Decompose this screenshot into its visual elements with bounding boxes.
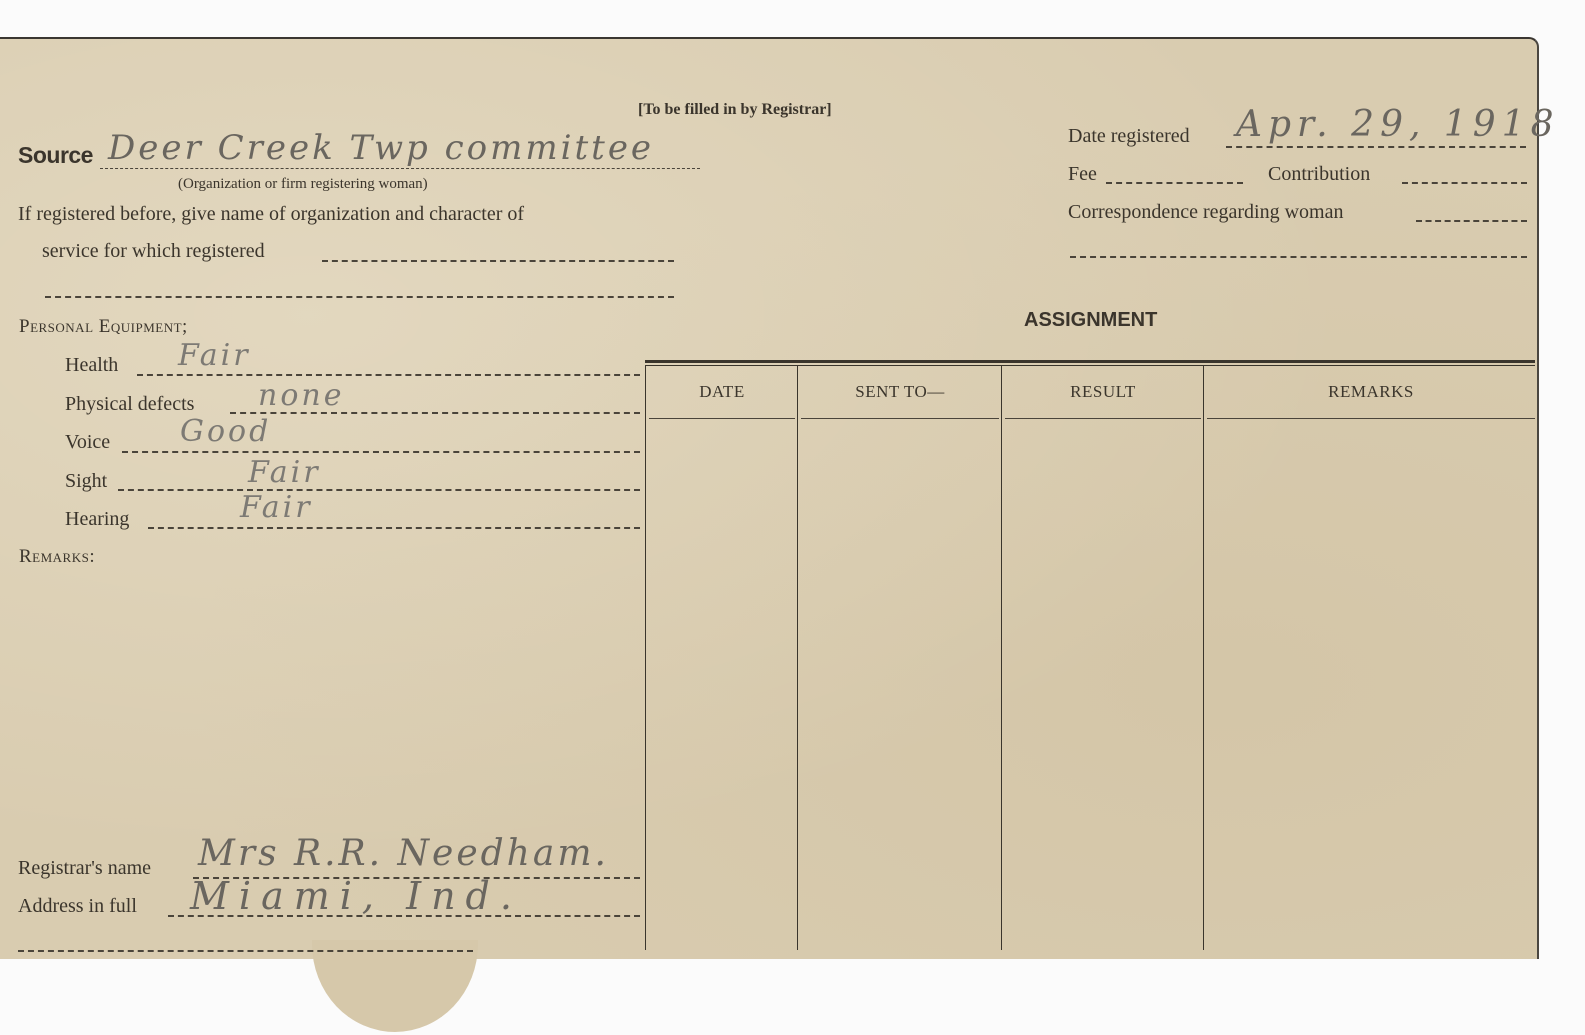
column-header-result: RESULT [1005,366,1201,419]
hearing-value[interactable]: Fair [240,490,313,525]
correspondence-field-2[interactable] [1070,256,1527,258]
contribution-field[interactable] [1402,182,1527,184]
remarks-label: Remarks: [19,546,95,568]
date-registered-value[interactable]: Apr. 29, 1918 [1236,104,1560,145]
sight-label: Sight [65,470,107,493]
result-column-cell[interactable] [1005,420,1201,950]
date-registered-label: Date registered [1068,125,1190,148]
remarks-area[interactable] [19,575,629,825]
personal-equipment-heading: Personal Equipment; [19,316,188,338]
sent-to-column-cell[interactable] [801,420,999,950]
health-line [137,374,640,376]
column-header-date: DATE [649,366,795,419]
fee-label: Fee [1068,163,1097,186]
date-column-cell[interactable] [649,420,795,950]
source-label: Source [18,142,93,169]
health-value[interactable]: Fair [178,338,251,373]
registrar-name-value[interactable]: Mrs R.R. Needham. [198,833,609,874]
sight-value[interactable]: Fair [248,455,321,490]
column-header-remarks: REMARKS [1207,366,1535,419]
previous-registration-field-2[interactable] [45,296,674,298]
column-divider [1203,366,1204,950]
physical-defects-label: Physical defects [65,393,194,416]
previous-registration-field[interactable] [322,260,674,262]
contribution-label: Contribution [1268,163,1370,186]
physical-defects-value[interactable]: none [258,378,344,413]
column-divider [1001,366,1002,950]
address-value[interactable]: Miami, Ind. [190,874,522,918]
correspondence-field[interactable] [1416,220,1527,222]
previous-registration-line1: If registered before, give name of organ… [18,203,524,226]
header-note: [To be filled in by Registrar] [638,101,832,119]
voice-label: Voice [65,431,110,454]
voice-line [122,451,640,453]
address-line-2[interactable] [18,950,473,952]
card-tab [312,940,478,1032]
column-header-sent-to: SENT TO— [801,366,999,419]
source-line [100,168,700,169]
sight-line [118,489,640,491]
assignment-table: DATE SENT TO— RESULT REMARKS [645,360,1535,950]
registrar-name-label: Registrar's name [18,857,151,880]
voice-value[interactable]: Good [180,414,271,449]
source-sublabel: (Organization or firm registering woman) [178,176,428,193]
table-border-left [645,366,646,950]
date-registered-line [1226,146,1526,148]
previous-registration-line2: service for which registered [42,240,265,263]
source-value[interactable]: Deer Creek Twp committee [108,128,654,168]
hearing-line [148,527,640,529]
health-label: Health [65,354,118,377]
assignment-title: ASSIGNMENT [1024,309,1157,332]
remarks-column-cell[interactable] [1207,420,1535,950]
address-label: Address in full [18,895,137,918]
column-divider [797,366,798,950]
hearing-label: Hearing [65,508,129,531]
fee-field[interactable] [1106,182,1243,184]
correspondence-label: Correspondence regarding woman [1068,201,1343,224]
